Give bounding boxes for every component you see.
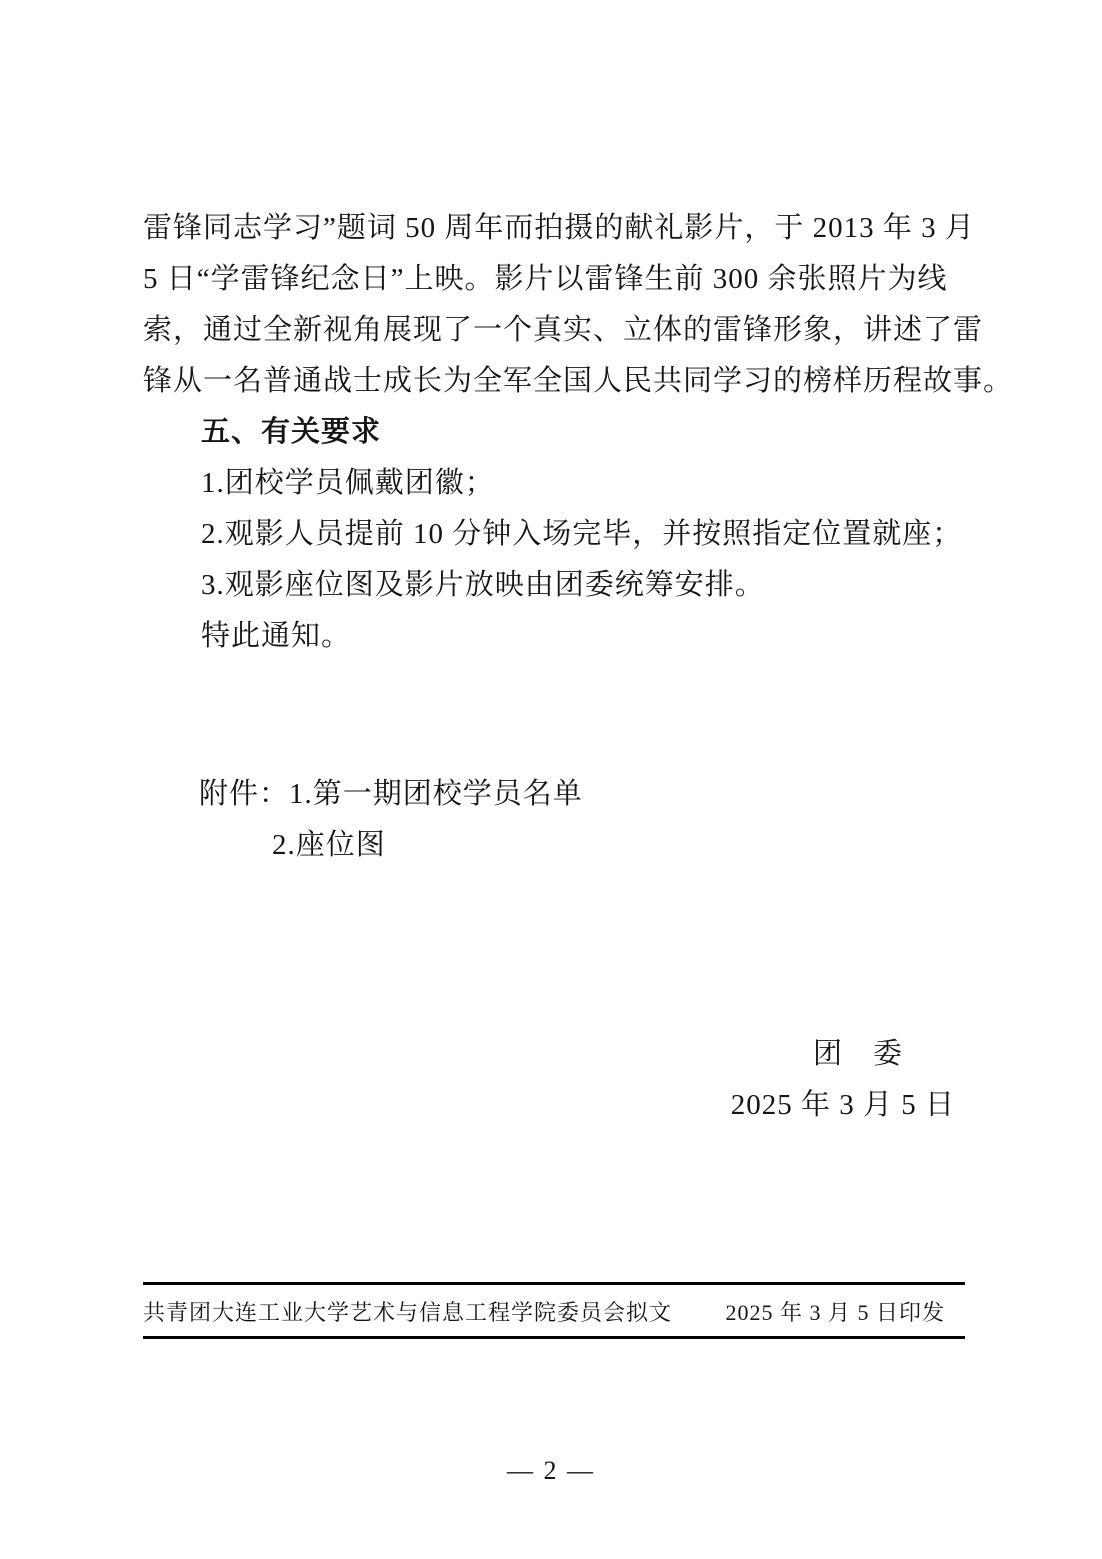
attachments-block: 附件：1.第一期团校学员名单 2.座位图 [143, 769, 971, 871]
requirement-item: 1.团校学员佩戴团徽； [201, 458, 983, 509]
requirements-list: 1.团校学员佩戴团徽； 2.观影人员提前 10 分钟入场完毕，并按照指定位置就座… [143, 458, 983, 611]
signature-name: 团 委 [143, 1029, 965, 1080]
attachment-item: 2.座位图 [272, 829, 386, 861]
footer-rule-bottom [143, 1336, 965, 1339]
footer-row: 共青团大连工业大学艺术与信息工程学院委员会拟文 2025 年 3 月 5 日印发 [143, 1294, 965, 1328]
signature-date: 2025 年 3 月 5 日 [143, 1080, 965, 1131]
footer-print-date: 2025 年 3 月 5 日印发 [725, 1296, 965, 1327]
paragraph-line: 5 日“学雷锋纪念日”上映。影片以雷锋生前 300 余张照片为线 [143, 254, 971, 305]
requirement-item: 2.观影人员提前 10 分钟入场完毕，并按照指定位置就座； [201, 509, 983, 560]
page-number: — 2 — [0, 1456, 1102, 1486]
footer-issuer-text: 共青团大连工业大学艺术与信息工程学院委员会拟文 [143, 1296, 672, 1327]
paragraph-line: 索，通过全新视角展现了一个真实、立体的雷锋形象，讲述了雷 [143, 305, 971, 356]
attachment-line: 附件：1.第一期团校学员名单 [143, 769, 971, 820]
paragraph-line: 锋从一名普通战士成长为全军全国人民共同学习的榜样历程故事。 [143, 356, 971, 407]
document-page: 雷锋同志学习”题词 50 周年而拍摄的献礼影片，于 2013 年 3 月 5 日… [0, 0, 1102, 1559]
body-paragraph: 雷锋同志学习”题词 50 周年而拍摄的献礼影片，于 2013 年 3 月 5 日… [143, 203, 971, 407]
closing-note: 特此通知。 [143, 611, 971, 662]
attachment-line: 2.座位图 [143, 820, 971, 871]
footer-rule-top [143, 1282, 965, 1285]
attachment-item: 1.第一期团校学员名单 [289, 778, 583, 810]
attachments-label: 附件： [199, 778, 289, 810]
requirement-item: 3.观影座位图及影片放映由团委统筹安排。 [201, 560, 983, 611]
section-heading: 五、有关要求 [143, 407, 971, 458]
paragraph-line: 雷锋同志学习”题词 50 周年而拍摄的献礼影片，于 2013 年 3 月 [143, 203, 971, 254]
